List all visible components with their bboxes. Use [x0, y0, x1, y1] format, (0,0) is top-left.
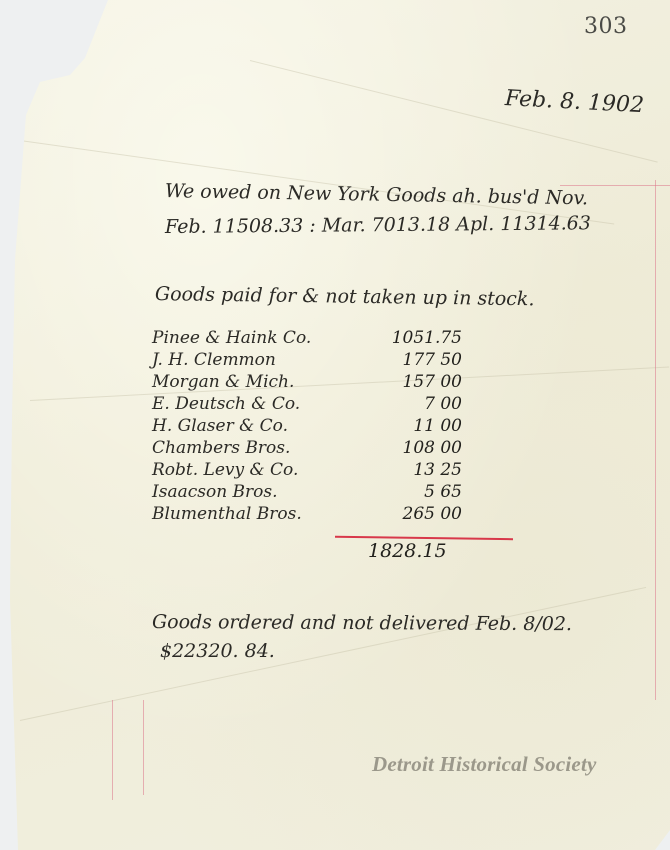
document-viewer: 303 Feb. 8. 1902 We owed on New York Goo… — [0, 0, 670, 850]
header-rule — [560, 185, 670, 186]
margin-line-right — [655, 180, 656, 700]
watermark: Detroit Historical Society — [372, 752, 597, 777]
ledger-amount: 108 00 — [403, 438, 462, 458]
footer-amount: $22320. 84. — [160, 640, 275, 662]
ledger-vendor: Pinee & Haink Co. — [152, 328, 311, 348]
margin-line-left-1 — [112, 700, 113, 800]
ledger-vendor: Morgan & Mich. — [152, 372, 294, 392]
ledger-row: Morgan & Mich. 157 00 — [152, 372, 492, 394]
ledger-vendor: H. Glaser & Co. — [152, 416, 288, 436]
ledger-vendor: Robt. Levy & Co. — [152, 460, 298, 480]
ledger-amount: 265 00 — [403, 504, 462, 524]
ledger-vendor: Chambers Bros. — [152, 438, 290, 458]
ledger-amount: 1051.75 — [392, 328, 462, 348]
ledger-row: Chambers Bros. 108 00 — [152, 438, 492, 460]
ledger-amount: 13 25 — [413, 460, 462, 480]
ledger-row: H. Glaser & Co. 11 00 — [152, 416, 492, 438]
ledger-row: E. Deutsch & Co. 7 00 — [152, 394, 492, 416]
ledger-amount: 7 00 — [424, 394, 462, 414]
page-number-stamp: 303 — [584, 14, 628, 39]
ledger-amount: 11 00 — [413, 416, 462, 436]
ledger-amount: 177 50 — [403, 350, 462, 370]
paper-crease — [20, 587, 646, 721]
ledger-vendor: J. H. Clemmon — [152, 350, 276, 370]
ledger-row: J. H. Clemmon 177 50 — [152, 350, 492, 372]
intro-line-2: Feb. 11508.33 : Mar. 7013.18 Apl. 11314.… — [165, 212, 591, 238]
ledger-row: Isaacson Bros. 5 65 — [152, 482, 492, 504]
ledger-vendor: E. Deutsch & Co. — [152, 394, 300, 414]
ledger-vendor: Blumenthal Bros. — [152, 504, 302, 524]
ledger-vendor: Isaacson Bros. — [152, 482, 278, 502]
ledger-total: 1828.15 — [368, 540, 447, 562]
ledger-list: Pinee & Haink Co. 1051.75 J. H. Clemmon … — [152, 328, 492, 526]
ledger-row: Blumenthal Bros. 265 00 — [152, 504, 492, 526]
ledger-row: Pinee & Haink Co. 1051.75 — [152, 328, 492, 350]
footer-line-1: Goods ordered and not delivered Feb. 8/0… — [152, 611, 572, 635]
ledger-amount: 157 00 — [403, 372, 462, 392]
ledger-row: Robt. Levy & Co. 13 25 — [152, 460, 492, 482]
ledger-amount: 5 65 — [424, 482, 462, 502]
margin-line-left-2 — [143, 700, 144, 795]
